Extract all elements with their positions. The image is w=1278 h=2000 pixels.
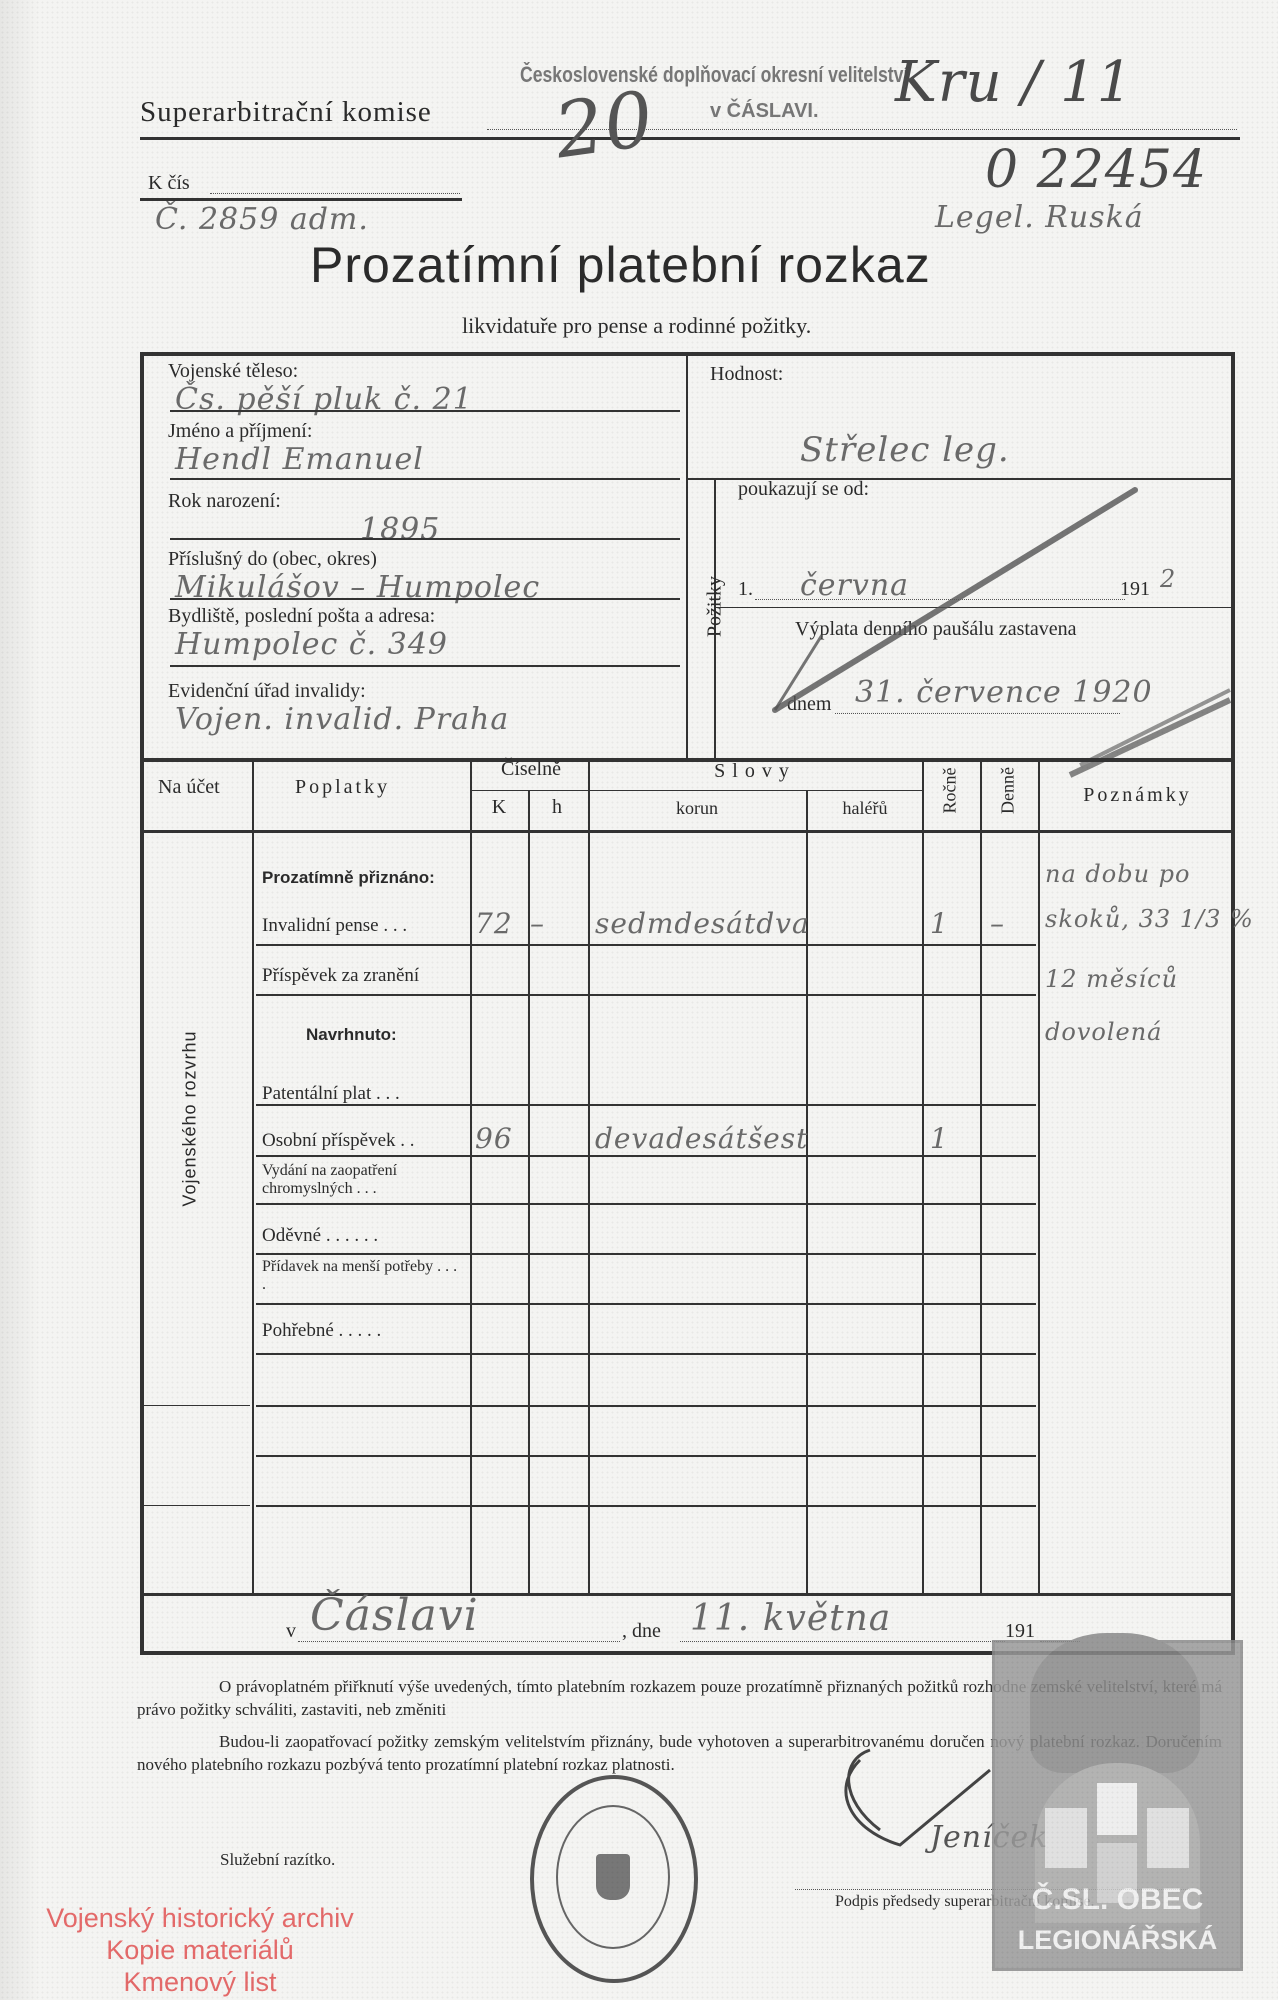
watermark-line-2: Kopie materiálů (20, 1934, 380, 1966)
watermark-line-1: Vojenský historický archiv (20, 1902, 380, 1934)
moravian-eagle-icon (1045, 1808, 1087, 1868)
archive-watermark: Vojenský historický archiv Kopie materiá… (20, 1902, 380, 1998)
watermark-line-3: Kmenový list (20, 1966, 380, 1998)
logo-line-1: Č.SL. OBEC (995, 1883, 1240, 1917)
silesian-eagle-icon (1147, 1808, 1189, 1868)
legion-logo: Č.SL. OBEC LEGIONÁŘSKÁ (992, 1640, 1243, 1971)
logo-line-2: LEGIONÁŘSKÁ (995, 1925, 1240, 1956)
soldier-silhouette-icon (1030, 1633, 1200, 1773)
slovak-cross-icon (1097, 1783, 1137, 1835)
